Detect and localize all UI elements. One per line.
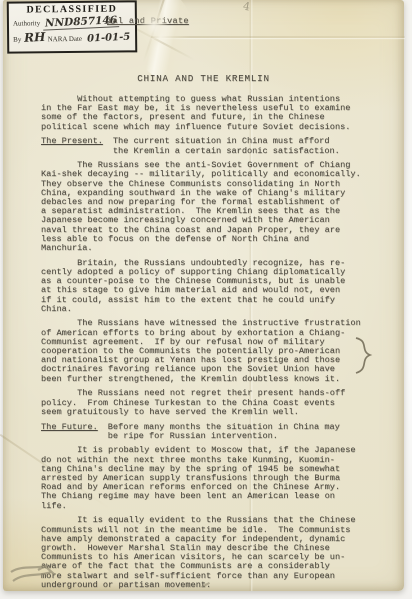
paragraph-britain: Britain, the Russians undoubtedly recogn… [41,259,401,314]
section-present: The Present. The current situation in Ch… [41,137,401,155]
classification-fragment: ial and Private [107,16,189,26]
nara-date-label: NARA Date [48,35,83,43]
paper-fold-line [143,0,166,63]
document-page: DECLASSIFIED Authority NND857146 By RH N… [3,0,404,591]
paper-crease-horizontal [151,36,405,38]
section-future: The Future. Before many months the situa… [41,423,401,441]
document-body: Without attempting to guess what Russian… [41,95,401,595]
paragraph-hands-off: The Russians need not regret their prese… [41,389,401,417]
section-future-label: The Future. [41,423,98,441]
page-pencil-mark: 4 [242,0,251,14]
signature: RH [24,30,46,45]
document-title: CHINA AND THE KREMLIN [3,73,404,84]
paper-fold-blob [139,6,169,48]
section-present-text: The current situation in China must affo… [113,137,340,155]
declassification-stamp: DECLASSIFIED Authority NND857146 By RH N… [7,0,138,53]
by-label: By [13,36,21,44]
paragraph-frustration: The Russians have witnessed the instruct… [41,319,401,383]
date-value: 01-01-5 [87,32,131,45]
paragraph-moscow-evident: It is probably evident to Moscow that, i… [41,446,401,510]
section-present-label: The Present. [41,137,103,155]
photo-background: DECLASSIFIED Authority NND857146 By RH N… [0,0,412,599]
paragraph-russians-see: The Russians see the anti-Soviet Governm… [41,161,401,253]
section-future-text: Before many months the situation in Chin… [108,423,340,441]
authority-label: Authority [13,19,40,27]
paragraph-communists: It is equally evident to the Russians th… [41,516,401,590]
paragraph-intro: Without attempting to guess what Russian… [41,95,401,132]
